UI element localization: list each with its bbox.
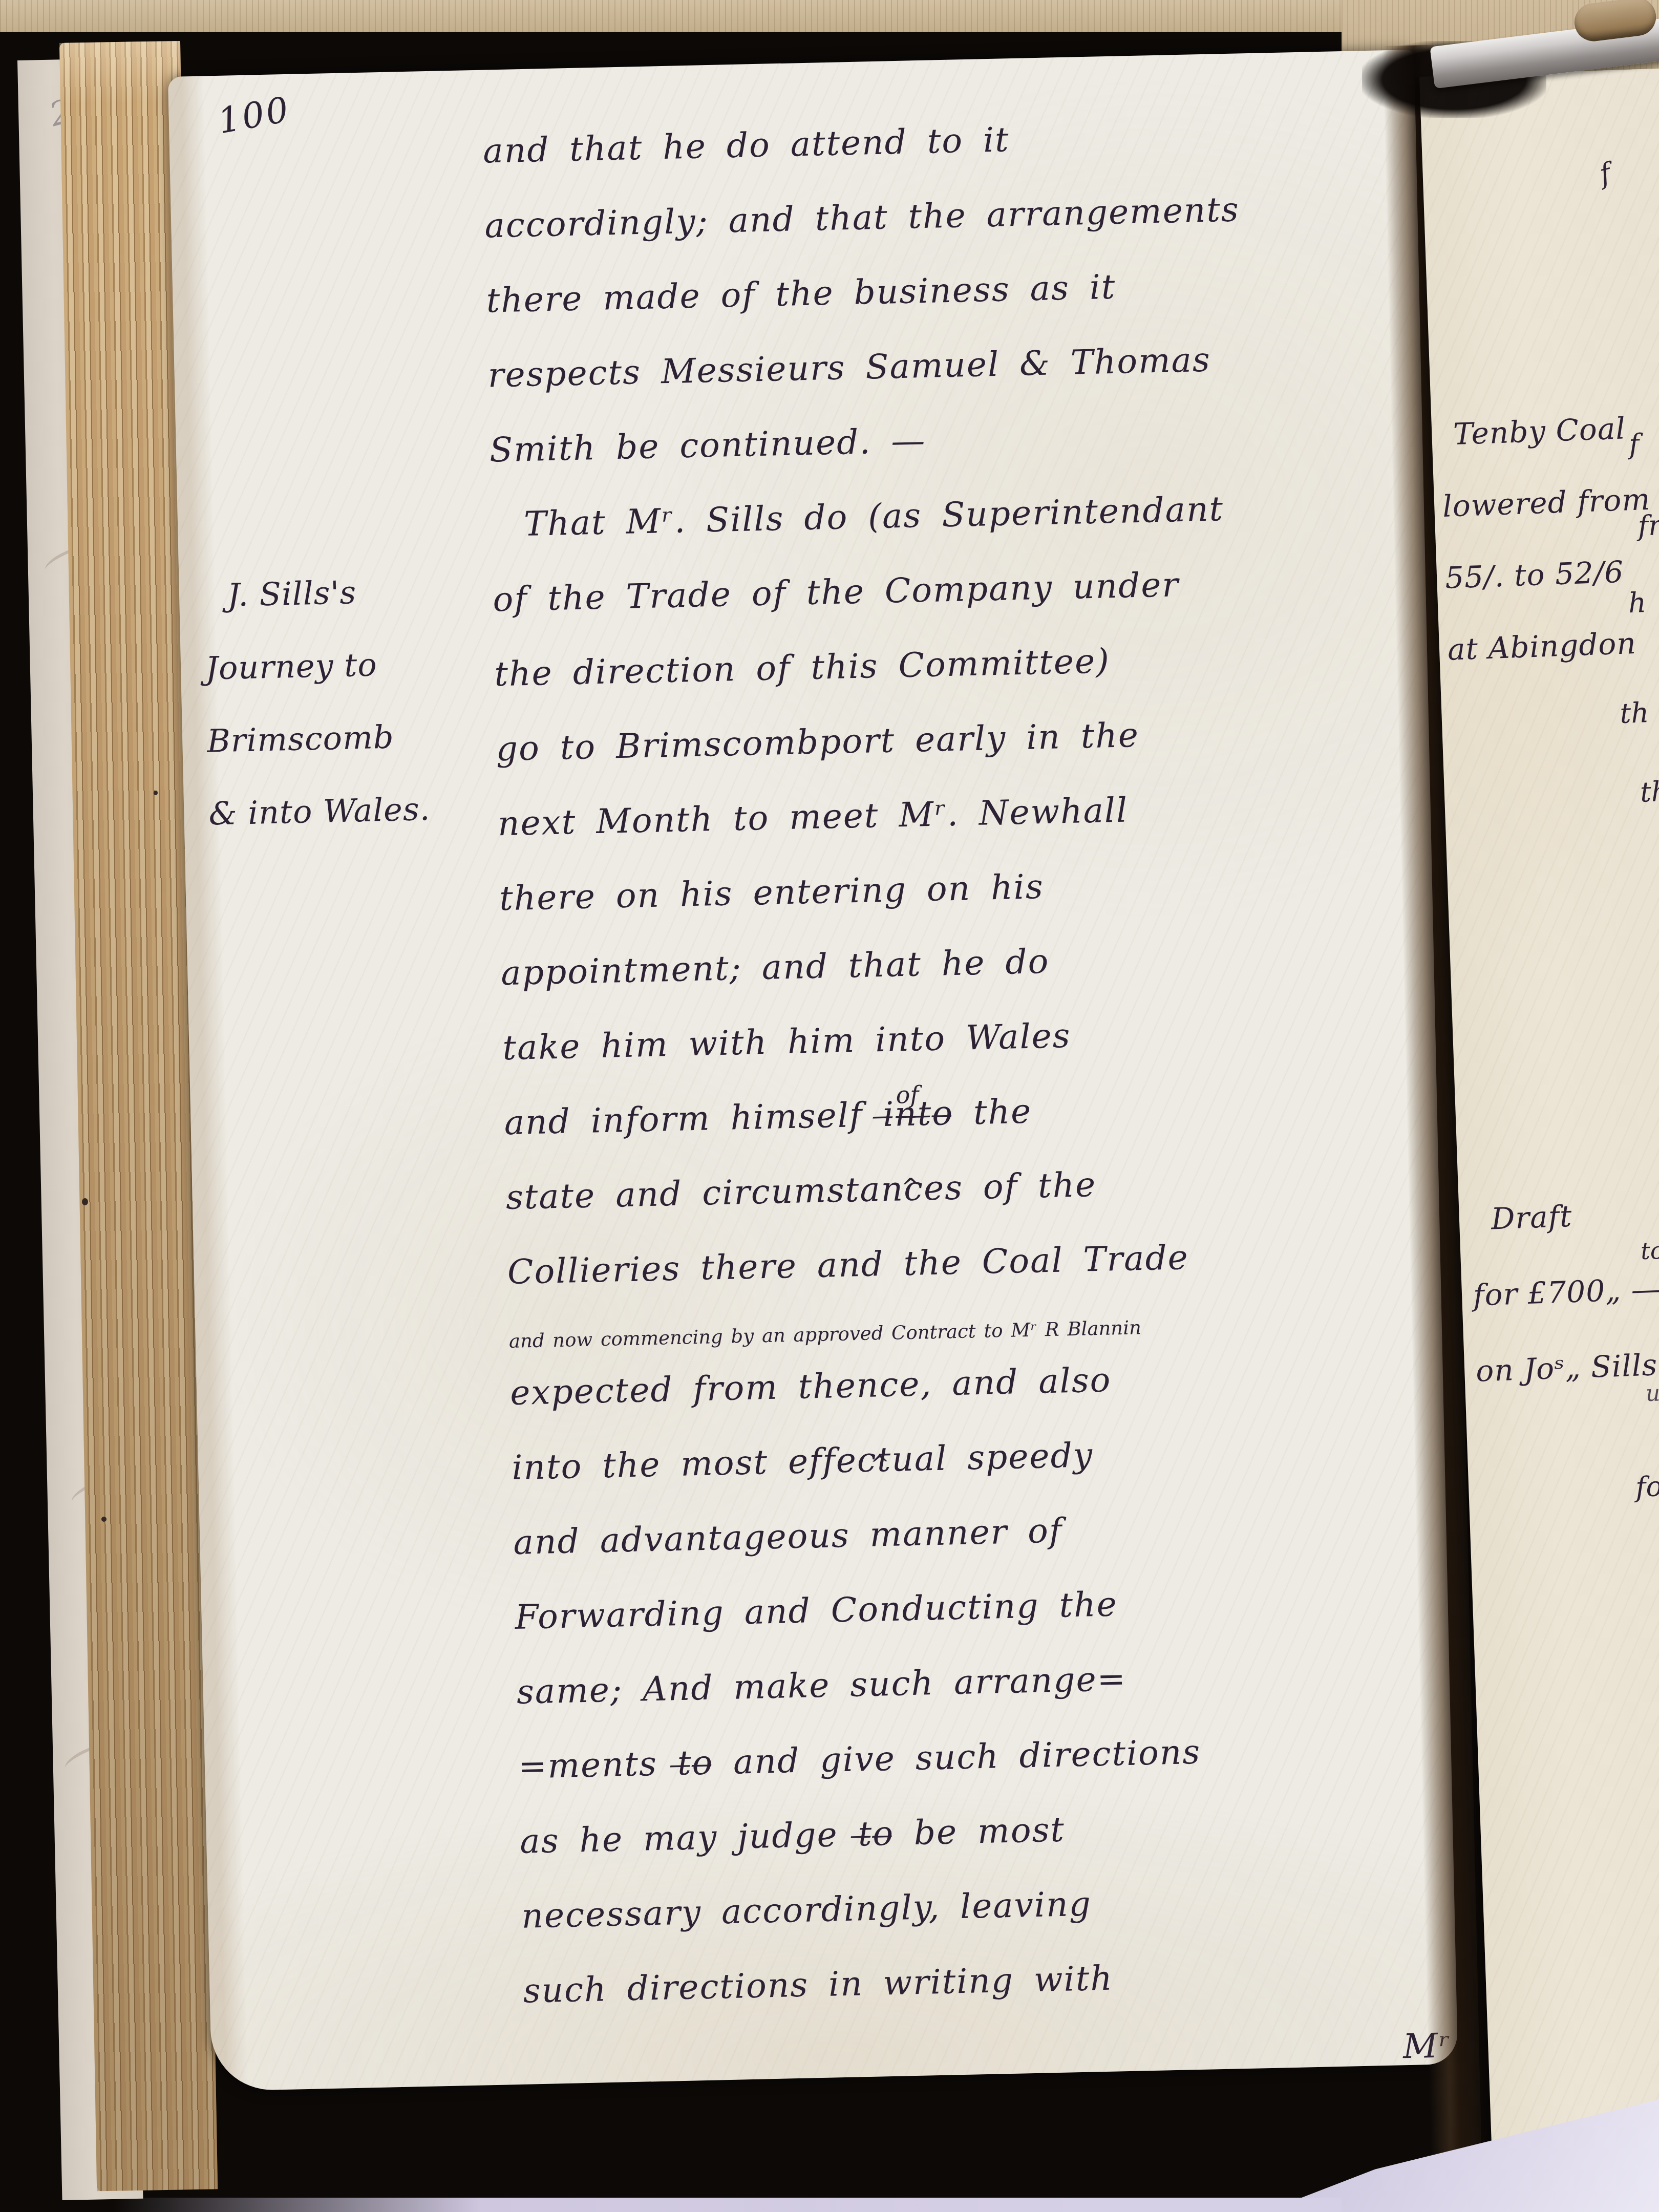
minute-body-text: and that he do attend to itaccordingly; …	[482, 111, 1488, 2121]
insertion-caret: ^	[901, 1173, 921, 1201]
margin-note-line: Draft	[1470, 1195, 1659, 1278]
margin-note-line: Journey to	[205, 643, 493, 722]
margin-note-line: Tenby Coal	[1439, 410, 1659, 489]
margin-note-line: Brimscomb	[207, 716, 495, 795]
margin-note-line: lowered from	[1442, 481, 1659, 561]
ink-speck	[82, 1198, 88, 1205]
left-page: 100 J. Sills'sJourney toBrimscomb& into …	[168, 50, 1458, 2091]
ink-speck	[101, 1517, 107, 1522]
ink-speck	[154, 791, 158, 795]
margin-note-line: for £700„ —	[1473, 1270, 1659, 1354]
margin-note-journey: J. Sills'sJourney toBrimscomb& into Wale…	[203, 571, 496, 868]
text-fragment: th	[1620, 696, 1650, 730]
text-fragment: f	[1596, 157, 1614, 190]
text-fragment: h	[1628, 586, 1647, 619]
margin-note-line: 55/. to 52/6	[1444, 553, 1659, 632]
text-fragment: for	[1635, 1470, 1659, 1503]
text-fragment: to —	[1640, 1236, 1659, 1265]
margin-note-line: & into Wales.	[208, 789, 497, 867]
margin-note-line: J. Sills's	[203, 571, 492, 650]
text-fragment: f	[1628, 428, 1640, 460]
text-fragment: u a	[1645, 1379, 1659, 1407]
text-fragment: fr	[1637, 509, 1659, 542]
manuscript-photo: 2 100 J. Sills'sJourney toBrimscomb& int…	[0, 0, 1659, 2212]
margin-note-tenby-coal: Tenby Coallowered from55/. to 52/6at Abi…	[1439, 410, 1659, 704]
table-surface-sliver	[113, 2198, 1342, 2212]
margin-note-draft: Draftfor £700„ —on Joˢ„ Sills	[1470, 1195, 1659, 1430]
interlinear-insertion: of	[896, 1080, 919, 1109]
text-fragment: th	[1640, 775, 1659, 809]
folio-number: 100	[215, 89, 294, 142]
margin-note-line: on Joˢ„ Sills	[1475, 1346, 1659, 1430]
insertion-caret: ^	[870, 1450, 890, 1478]
margin-note-line: at Abingdon	[1447, 625, 1659, 704]
